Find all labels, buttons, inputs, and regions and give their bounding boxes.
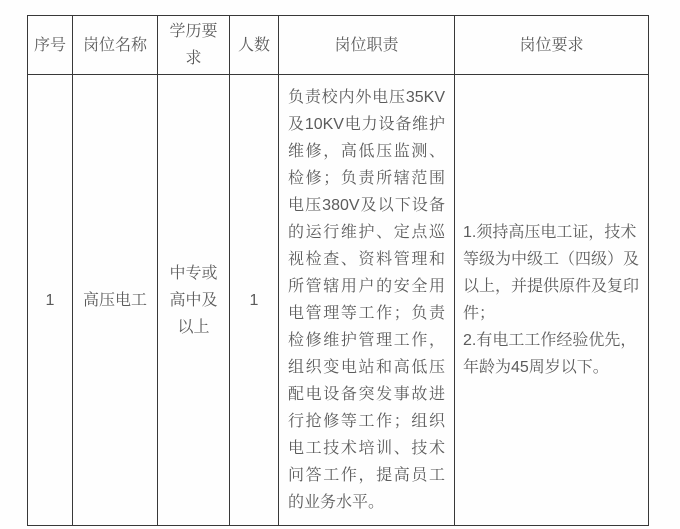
- cell-education-requirement: 中专或高中及以上: [158, 75, 230, 526]
- header-seq: 序号: [28, 16, 73, 75]
- cell-headcount: 1: [230, 75, 279, 526]
- table-row: 1 高压电工 中专或高中及以上 1 负责校内外电压35KV及10KV电力设备维护…: [28, 75, 649, 526]
- cell-job-duties: 负责校内外电压35KV及10KV电力设备维护维修，高低压监测、检修；负责所辖范围…: [279, 75, 455, 526]
- header-position-name: 岗位名称: [73, 16, 158, 75]
- job-posting-table: 序号 岗位名称 学历要求 人数 岗位职责 岗位要求 1 高压电工 中专或高中及以…: [27, 15, 649, 526]
- header-headcount: 人数: [230, 16, 279, 75]
- cell-seq: 1: [28, 75, 73, 526]
- header-row: 序号 岗位名称 学历要求 人数 岗位职责 岗位要求: [28, 16, 649, 75]
- cell-job-requirements: 1.须持高压电工证，技术等级为中级工（四级）及以上，并提供原件及复印件； 2.有…: [455, 75, 649, 526]
- header-job-requirements: 岗位要求: [455, 16, 649, 75]
- header-education-requirement: 学历要求: [158, 16, 230, 75]
- header-job-duties: 岗位职责: [279, 16, 455, 75]
- cell-position-name: 高压电工: [73, 75, 158, 526]
- page: 序号 岗位名称 学历要求 人数 岗位职责 岗位要求 1 高压电工 中专或高中及以…: [0, 0, 680, 529]
